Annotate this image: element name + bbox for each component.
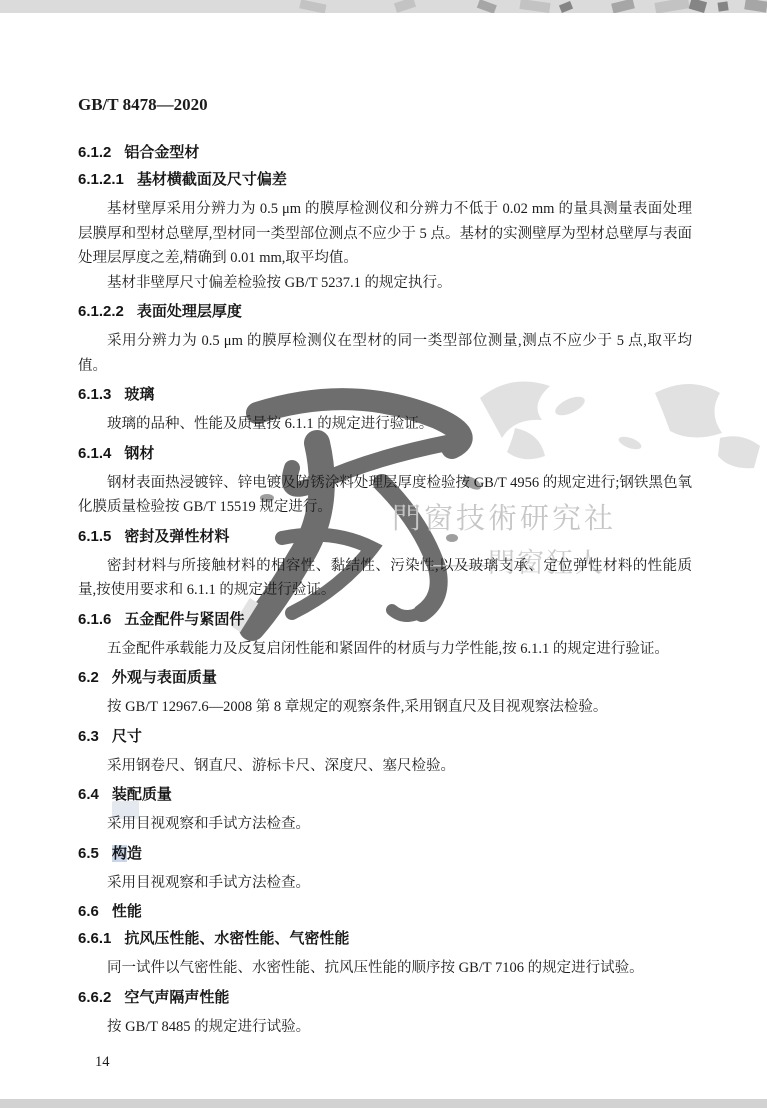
- body-paragraph: 密封材料与所接触材料的相容性、黏结性、污染性,以及玻璃支承、定位弹性材料的性能质…: [78, 554, 692, 603]
- section-title: 表面处理层厚度: [137, 303, 242, 320]
- body-paragraph: 玻璃的品种、性能及质量按 6.1.1 的规定进行验证。: [78, 412, 692, 437]
- section-number: 6.6.1: [78, 929, 111, 949]
- section-title: 钢材: [124, 445, 154, 462]
- scan-edge-debris: [0, 0, 767, 13]
- section-title: 外观与表面质量: [112, 669, 217, 686]
- page-number: 14: [95, 1053, 692, 1071]
- section-heading-6-1-6: 6.1.6五金配件与紧固件: [78, 610, 692, 630]
- section-heading-6-2: 6.2外观与表面质量: [78, 668, 692, 688]
- section-title: 抗风压性能、水密性能、气密性能: [124, 930, 349, 947]
- section-number: 6.5: [78, 844, 99, 864]
- body-paragraph: 同一试件以气密性能、水密性能、抗风压性能的顺序按 GB/T 7106 的规定进行…: [78, 956, 692, 981]
- section-heading-6-6-2: 6.6.2空气声隔声性能: [78, 988, 692, 1008]
- section-number: 6.1.4: [78, 444, 111, 464]
- body-paragraph: 采用钢卷尺、钢直尺、游标卡尺、深度尺、塞尺检验。: [78, 754, 692, 779]
- body-paragraph: 采用分辨力为 0.5 μm 的膜厚检测仪在型材的同一类型部位测量,测点不应少于 …: [78, 329, 692, 378]
- section-heading-6-1-2-1: 6.1.2.1基材横截面及尺寸偏差: [78, 170, 692, 190]
- body-paragraph: 采用目视观察和手试方法检查。: [78, 871, 692, 896]
- body-paragraph: 采用目视观察和手试方法检查。: [78, 812, 692, 837]
- section-title: 构造: [112, 845, 142, 862]
- body-paragraph: 按 GB/T 12967.6—2008 第 8 章规定的观察条件,采用钢直尺及目…: [78, 695, 692, 720]
- section-heading-6-6: 6.6性能: [78, 902, 692, 922]
- section-number: 6.1.2.2: [78, 302, 124, 322]
- section-title: 空气声隔声性能: [124, 989, 229, 1006]
- section-heading-6-1-2-2: 6.1.2.2表面处理层厚度: [78, 302, 692, 322]
- section-number: 6.1.3: [78, 385, 111, 405]
- standard-code-header: GB/T 8478—2020: [78, 94, 692, 115]
- section-title: 铝合金型材: [124, 144, 199, 161]
- section-heading-6-1-3: 6.1.3玻璃: [78, 385, 692, 405]
- scan-edge-top: [0, 0, 767, 13]
- section-heading-6-1-2: 6.1.2铝合金型材: [78, 143, 692, 163]
- section-number: 6.6.2: [78, 988, 111, 1008]
- section-title: 性能: [112, 903, 142, 920]
- section-title: 尺寸: [112, 728, 142, 745]
- section-heading-6-3: 6.3尺寸: [78, 727, 692, 747]
- body-paragraph: 五金配件承载能力及反复启闭性能和紧固件的材质与力学性能,按 6.1.1 的规定进…: [78, 637, 692, 662]
- section-heading-6-4: 6.4装配质量: [78, 785, 692, 805]
- section-number: 6.1.2.1: [78, 170, 124, 190]
- section-title: 基材横截面及尺寸偏差: [137, 171, 287, 188]
- section-number: 6.6: [78, 902, 99, 922]
- section-heading-6-6-1: 6.6.1抗风压性能、水密性能、气密性能: [78, 929, 692, 949]
- section-number: 6.1.2: [78, 143, 111, 163]
- body-paragraph: 基材非壁厚尺寸偏差检验按 GB/T 5237.1 的规定执行。: [78, 271, 692, 296]
- scan-edge-bottom: [0, 1099, 767, 1108]
- section-title: 密封及弹性材料: [124, 528, 229, 545]
- section-heading-6-5: 6.5构造: [78, 844, 692, 864]
- body-paragraph: 钢材表面热浸镀锌、锌电镀及防锈涂料处理层厚度检验按 GB/T 4956 的规定进…: [78, 471, 692, 520]
- section-heading-6-1-4: 6.1.4钢材: [78, 444, 692, 464]
- section-title: 装配质量: [112, 786, 172, 803]
- section-number: 6.1.5: [78, 527, 111, 547]
- section-title-rest: 造: [127, 845, 142, 862]
- section-number: 6.2: [78, 668, 99, 688]
- section-title: 五金配件与紧固件: [124, 611, 244, 628]
- document-page: GB/T 8478—2020 6.1.2铝合金型材 6.1.2.1基材横截面及尺…: [0, 0, 767, 1071]
- selected-text[interactable]: 构: [112, 845, 127, 862]
- section-number: 6.4: [78, 785, 99, 805]
- body-paragraph: 按 GB/T 8485 的规定进行试验。: [78, 1015, 692, 1040]
- section-number: 6.3: [78, 727, 99, 747]
- body-paragraph: 基材壁厚采用分辨力为 0.5 μm 的膜厚检测仪和分辨力不低于 0.02 mm …: [78, 197, 692, 271]
- section-heading-6-1-5: 6.1.5密封及弹性材料: [78, 527, 692, 547]
- section-title: 玻璃: [124, 386, 154, 403]
- section-number: 6.1.6: [78, 610, 111, 630]
